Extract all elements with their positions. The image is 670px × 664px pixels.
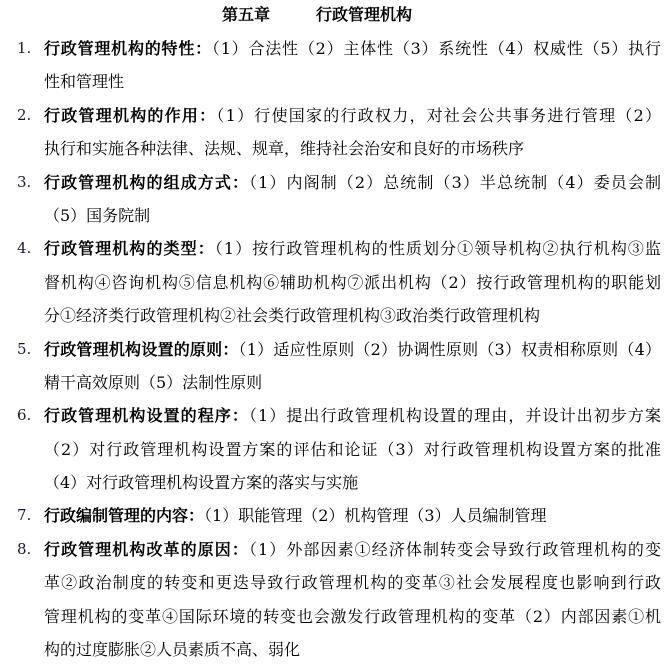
chapter-number: 第五章 xyxy=(222,0,270,30)
item-continuation-line: （4）对行政管理机构设置方案的落实与实施 xyxy=(44,466,661,499)
list-item: 8. 行政管理机构改革的原因：（1）外部因素①经济体制转变会导致行政管理机构的变… xyxy=(0,533,670,664)
list-item: 7. 行政编制管理的内容：（1）职能管理（2）机构管理（3）人员编制管理 xyxy=(0,499,670,532)
item-number: 5. xyxy=(17,333,31,366)
list-item: 2. 行政管理机构的作用：（1）行使国家的行政权力，对社会公共事务进行管理（2）… xyxy=(0,99,670,166)
item-first-line: 行政管理机构改革的原因：（1）外部因素①经济体制转变会导致行政管理机构的变 xyxy=(44,533,661,566)
item-number: 2. xyxy=(17,99,31,132)
list-item: 3. 行政管理机构的组成方式：（1）内阁制（2）总统制（3）半总统制（4）委员会… xyxy=(0,166,670,233)
item-number: 1. xyxy=(17,32,31,65)
item-continuation-line: 分①经济类行政管理机构②社会类行政管理机构③政治类行政管理机构 xyxy=(44,299,661,332)
item-continuation-line: 管理机构的变革④国际环境的转变也会激发行政管理机构的变革（2）内部因素①机 xyxy=(44,600,661,633)
item-text: （1）按行政管理机构的性质划分①领导机构②执行机构③监 xyxy=(215,239,661,258)
item-first-line: 行政管理机构的作用：（1）行使国家的行政权力，对社会公共事务进行管理（2） xyxy=(44,99,661,132)
list-item: 5. 行政管理机构设置的原则：（1）适应性原则（2）协调性原则（3）权责相称原则… xyxy=(0,333,670,400)
document-page: 第五章 行政管理机构 1. 行政管理机构的特性：（1）合法性（2）主体性（3）系… xyxy=(0,0,670,664)
item-number: 6. xyxy=(17,399,31,432)
item-continuation-line: 革②政治制度的转变和更迭导致行政管理机构的变革③社会发展程度也影响到行政 xyxy=(44,566,661,599)
item-continuation-line: 督机构④咨询机构⑤信息机构⑥辅助机构⑦派出机构（2）按行政管理机构的职能划 xyxy=(44,266,661,299)
item-continuation-line: 构的过度膨胀②人员素质不高、弱化 xyxy=(44,633,661,664)
item-text: （1）合法性（2）主体性（3）系统性（4）权威性（5）执行 xyxy=(212,39,661,58)
item-heading: 行政管理机构的作用： xyxy=(44,106,216,125)
item-continuation-line: 性和管理性 xyxy=(44,65,661,98)
item-heading: 行政管理机构设置的程序： xyxy=(44,406,249,425)
item-text: （1）适应性原则（2）协调性原则（3）权责相称原则（4） xyxy=(239,340,661,359)
item-first-line: 行政管理机构设置的原则：（1）适应性原则（2）协调性原则（3）权责相称原则（4） xyxy=(44,333,661,366)
item-number: 8. xyxy=(17,533,31,566)
item-number: 7. xyxy=(17,499,31,532)
item-text: （1）外部因素①经济体制转变会导致行政管理机构的变 xyxy=(249,540,661,559)
item-text: （1）提出行政管理机构设置的理由，并设计出初步方案 xyxy=(249,406,661,425)
item-number: 3. xyxy=(17,166,31,199)
item-first-line: 行政管理机构的组成方式：（1）内阁制（2）总统制（3）半总统制（4）委员会制 xyxy=(44,166,661,199)
item-continuation-line: 精干高效原则（5）法制性原则 xyxy=(44,366,661,399)
item-first-line: 行政管理机构的特性：（1）合法性（2）主体性（3）系统性（4）权威性（5）执行 xyxy=(44,32,661,65)
item-continuation-line: （2）对行政管理机构设置方案的评估和论证（3）对行政管理机构设置方案的批准 xyxy=(44,433,661,466)
item-continuation-line: （5）国务院制 xyxy=(44,199,661,232)
list-item: 1. 行政管理机构的特性：（1）合法性（2）主体性（3）系统性（4）权威性（5）… xyxy=(0,32,670,99)
item-first-line: 行政编制管理的内容：（1）职能管理（2）机构管理（3）人员编制管理 xyxy=(44,499,661,532)
item-first-line: 行政管理机构的类型：（1）按行政管理机构的性质划分①领导机构②执行机构③监 xyxy=(44,232,661,265)
item-number: 4. xyxy=(17,232,31,265)
item-heading: 行政编制管理的内容： xyxy=(44,506,204,525)
chapter-name: 行政管理机构 xyxy=(316,0,412,30)
list-item: 4. 行政管理机构的类型：（1）按行政管理机构的性质划分①领导机构②执行机构③监… xyxy=(0,232,670,332)
item-continuation-line: 执行和实施各种法律、法规、规章，维持社会治安和良好的市场秩序 xyxy=(44,132,661,165)
item-text: （1）行使国家的行政权力，对社会公共事务进行管理（2） xyxy=(216,106,661,125)
item-heading: 行政管理机构的组成方式： xyxy=(44,173,249,192)
list-item: 6. 行政管理机构设置的程序：（1）提出行政管理机构设置的理由，并设计出初步方案… xyxy=(0,399,670,499)
item-text: （1）职能管理（2）机构管理（3）人员编制管理 xyxy=(204,506,547,525)
item-heading: 行政管理机构设置的原则： xyxy=(44,340,239,359)
item-text: （1）内阁制（2）总统制（3）半总统制（4）委员会制 xyxy=(249,173,661,192)
item-heading: 行政管理机构改革的原因： xyxy=(44,540,249,559)
item-heading: 行政管理机构的特性： xyxy=(44,39,212,58)
chapter-title: 第五章 行政管理机构 xyxy=(0,0,670,32)
item-first-line: 行政管理机构设置的程序：（1）提出行政管理机构设置的理由，并设计出初步方案 xyxy=(44,399,661,432)
item-heading: 行政管理机构的类型： xyxy=(44,239,215,258)
